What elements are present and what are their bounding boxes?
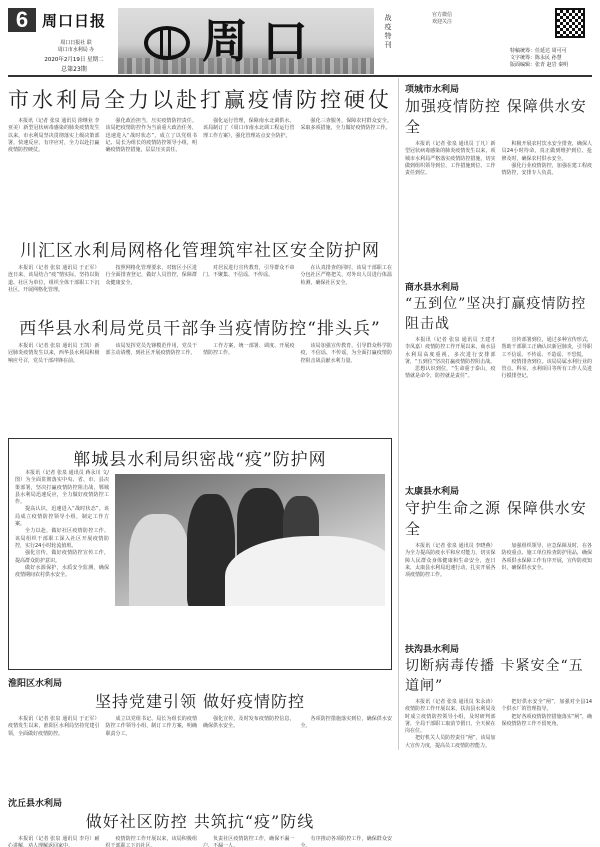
paragraph: 本报讯（记者 张泉 通讯员 徐继业 李亚美）新型冠状病毒感染的肺炎疫情发生以来，… [8,118,100,154]
paragraph: 有序推动各项防控工作，确保群众安全。 [301,836,393,847]
article-kicker: 项城市水利局 [405,82,592,95]
paragraph: 本报讯（记者 张泉 通讯员 于正军）疫情发生以来，淮阳区水利局坚持党建引领，全面… [8,716,100,738]
article-headline: 守护生命之源 保障供水安全 [405,497,592,539]
paragraph: 加强组织领导，应急保障及时，在各防疫重点、施工单位检查防护用品，确保各项供水保障… [502,543,593,579]
editor-line: 文字统筹：陈永民 孙慧 [510,55,568,62]
banner: 周口水利 [118,8,374,74]
article-headline: 市水利局全力以赴打赢疫情防控硬仗 [8,84,392,114]
masthead: 6 周口日报 周口日报社 联 周口市水利局 办 2020年2月19日 星期二 总… [0,0,600,76]
side-column: 项城市水利局 加强疫情防控 保障供水安全 本报讯（记者 张泉 通讯员 丁凡）新型… [398,78,592,750]
article-headline: 加强疫情防控 保障供水安全 [405,95,592,137]
article-headline: 坚持党建引领 做好疫情防控 [8,689,392,712]
paragraph: 把好机关人员防控责任“闸”，该局加大宣传力度，提高员工疫情防控能力。 [405,735,496,750]
water-bureau-logo-icon [144,26,190,60]
paragraph: 本报讯（记者 张泉 通讯员 丁凡）新型冠状病毒感染的肺炎疫情发生以来，项城市水利… [405,141,496,177]
editor-credits: 特稿统筹：任延达 周可可 文字统筹：陈永民 孙慧 版面编辑：张青 赵岩 秦明 [510,48,568,69]
paragraph: 成立以党组书记、局长为组长的疫情防控工作领导小组，制订工作方案，明确职责分工。 [106,716,198,738]
article-headline: “五到位”坚决打赢疫情防控阻击战 [405,293,592,333]
paragraph: 积极开展农村饮水安全排查，确保人员24小时待命，真正做到维护到位、抢修及时，确保… [502,141,593,163]
article-fugou: 扶沟县水利局 切断病毒传播 卡紧安全“五道闸” 本报讯（记者 张泉 通讯员 朱永… [405,642,592,750]
news-photo [115,474,385,606]
article-body: 本报讯（记者 张泉 通讯员 于正军）连日来，该局结合“疫”情实际，坚持以街道、社… [8,265,392,294]
paragraph: 按照网格化管理要求，对辖区小区进行全面排查登记，做好人员管控，保障群众健康安全。 [106,265,198,294]
paragraph: 在认真排查的同时，该局干部职工在分包社区严格把关，对外出人员进行体温检测，确保社… [301,265,393,294]
issue-edition: 总第23期 [34,64,114,73]
paragraph: 把好各项疫情防控措施落实“闸”，确保疫情防控工作不留死角。 [502,714,593,729]
page-number: 6 [8,8,36,32]
article-body: 本报讯（记者 张泉 通讯员 于正军）疫情发生以来，淮阳区水利局坚持党建引领，全面… [8,716,392,738]
article-body: 本报讯（记者 张泉 通讯员 王建才 李凤嘉）疫情防控工作开展以来，商水县水利局高… [405,337,592,381]
editor-line: 版面编辑：张青 赵岩 秦明 [510,62,568,69]
qr-caption-line: 欢迎关注 [432,19,452,26]
article-huaiyang: 淮阳区水利局 坚持党建引领 做好疫情防控 本报讯（记者 张泉 通讯员 于正军）疫… [8,676,392,796]
article-body: 本报讯（记者 张泉 通讯员 李丹）耐心讲解，劝人理解返回家中。 疫情防控工作开展… [8,836,392,847]
sponsor-line: 周口市水利局 办 [40,47,112,54]
article-body: 本报讯（记者 张泉 通讯员 徐继业 李亚美）新型冠状病毒感染的肺炎疫情发生以来，… [8,118,392,154]
article-headline: 西华县水利局党员干部争当疫情防控“排头兵” [8,314,392,339]
article-kicker: 淮阳区水利局 [8,676,392,689]
paragraph: 负责社区疫情防控工作，确保不漏一户、不漏一人。 [203,836,295,847]
paragraph: 工作方案，统一部署、调度、开展疫情防控工作。 [203,343,295,365]
article-body: 本报讯（记者 张泉 通讯员 王凯）新冠肺炎疫情发生以来，西华县水利局积极响应号召… [8,343,392,365]
article-kicker: 沈丘县水利局 [8,796,392,809]
paragraph: 本报讯（记者 张泉 通讯员 李晓燕）为全力提高防疫水平和应对能力，切实保障人民群… [405,543,496,579]
sponsor-info: 周口日报社 联 周口市水利局 办 [40,40,112,54]
article-shenqiu: 沈丘县水利局 做好社区防控 共筑抗“疫”防线 本报讯（记者 张泉 通讯员 李丹）… [8,796,392,847]
paragraph: 本报讯（记者 张泉 通讯员 于正军）连日来，该局结合“疫”情实际，坚持以街道、社… [8,265,100,294]
article-headline: 郸城县水利局织密战“疫”防护网 [15,445,385,470]
paragraph: 强化三查服务，保障农村群众安全。采取多项措施，全力做好疫情防控工作。 [301,118,393,154]
article-taikang: 太康县水利局 守护生命之源 保障供水安全 本报讯（记者 张泉 通讯员 李晓燕）为… [405,484,592,642]
article-body: 本报讯（记者 张泉 通讯员 朱永涛）疫情防控工作开展以来，扶沟县水利局及时成立疫… [405,699,592,750]
paragraph: 本报讯（记者 张泉 通讯员 李丹）耐心讲解，劝人理解返回家中。 [8,836,100,847]
paragraph: 思想认识到位，“生命重于泰山，疫情就是命令，防控就是责任”。 [405,366,496,381]
article-shangshui: 商水县水利局 “五到位”坚决打赢疫情防控阻击战 本报讯（记者 张泉 通讯员 王建… [405,280,592,484]
article-xihua: 西华县水利局党员干部争当疫情防控“排头兵” 本报讯（记者 张泉 通讯员 王凯）新… [8,314,392,432]
article-kicker: 太康县水利局 [405,484,592,497]
paragraph: 对居民进行宣传教育，引导群众不串门、不聚集、不信谣、不传谣。 [203,265,295,294]
paragraph: 强化运行管理，保障南水北调供水。该局制订了《周口市南水北调工程运行管理工作方案》… [203,118,295,154]
qr-caption: 官方微信 欢迎关注 [432,12,452,26]
article-body: 本报讯（记者 张泉 通讯员 丁凡）新型冠状病毒感染的肺炎疫情发生以来，项城市水利… [405,141,592,177]
paper-name: 周口日报 [42,10,106,31]
paragraph: 强化行业疫情防控，加强在建工程疫情防控，安排专人负责。 [502,163,593,178]
person-figure [129,514,189,606]
sponsor-line: 周口日报社 联 [40,40,112,47]
article-xiangcheng: 项城市水利局 加强疫情防控 保障供水安全 本报讯（记者 张泉 通讯员 丁凡）新型… [405,78,592,280]
article-kicker: 扶沟县水利局 [405,642,592,655]
paragraph: 疫情防控工作开展以来，该局积极组织干部职工下沉社区。 [106,836,198,847]
paragraph: 各项防控措施落实到位，确保供水安全。 [301,716,393,738]
article-dancheng: 郸城县水利局织密战“疫”防护网 本报讯（记者 张泉 通讯员 蒋永川 文/图）为全… [8,438,392,670]
paragraph: 该局发挥党员先锋模范作用，党员干部主动请缨，到社区开展疫情防控工作。 [106,343,198,365]
article-kicker: 商水县水利局 [405,280,592,293]
paragraph: 本报讯（记者 张泉 通讯员 朱永涛）疫情防控工作开展以来，扶沟县水利局及时成立疫… [405,699,496,735]
paragraph: 宣传部署到位，通过多种宣传形式，帮助干部职工正确认识新冠肺炎，引导职工不信谣、不… [502,337,593,359]
article-headline: 川汇区水利局网格化管理筑牢社区安全防护网 [8,236,392,261]
qr-caption-line: 官方微信 [432,12,452,19]
main-column: 市水利局全力以赴打赢疫情防控硬仗 本报讯（记者 张泉 通讯员 徐继业 李亚美）新… [8,78,392,847]
paragraph: 强化政治担当，压实疫情防控责任。该局把疫情防控作为当前重大政治任务，迅速进入“战… [106,118,198,154]
paragraph: 把好供水安全“闸”，加强对全县14个供水厂的管理指导。 [502,699,593,714]
banner-title: 周口水利 [202,10,374,74]
paragraph: 本报讯（记者 张泉 通讯员 王凯）新冠肺炎疫情发生以来，西华县水利局积极响应号召… [8,343,100,365]
article-city-bureau: 市水利局全力以赴打赢疫情防控硬仗 本报讯（记者 张泉 通讯员 徐继业 李亚美）新… [8,84,392,236]
article-chuanhui: 川汇区水利局网格化管理筑牢社区安全防护网 本报讯（记者 张泉 通讯员 于正军）连… [8,236,392,314]
editor-line: 特稿统筹：任延达 周可可 [510,48,568,55]
paragraph: 疫情排查到位。该局局属水利行业的管点、科室、水利项目等所有工作人员进行摸排登记。 [502,359,593,381]
paragraph: 强化宣传，及时发布疫情防控信息，确保供水安全。 [203,716,295,738]
article-body: 本报讯（记者 张泉 通讯员 李晓燕）为全力提高防疫水平和应对能力，切实保障人民群… [405,543,592,579]
article-headline: 切断病毒传播 卡紧安全“五道闸” [405,655,592,695]
issue-date: 2020年2月19日 星期二 [34,55,114,63]
special-issue-label: 战疫特刊 [382,14,394,50]
masthead-divider [8,75,592,77]
paragraph: 该局加强宣传教育，引导群众科学防疫，不信谣、不传谣，为全面打赢疫情防控阻击战贡献… [301,343,393,365]
paragraph: 本报讯（记者 张泉 通讯员 王建才 李凤嘉）疫情防控工作开展以来，商水县水利局高… [405,337,496,366]
article-headline: 做好社区防控 共筑抗“疫”防线 [8,809,392,832]
qr-code-icon[interactable] [555,8,585,38]
